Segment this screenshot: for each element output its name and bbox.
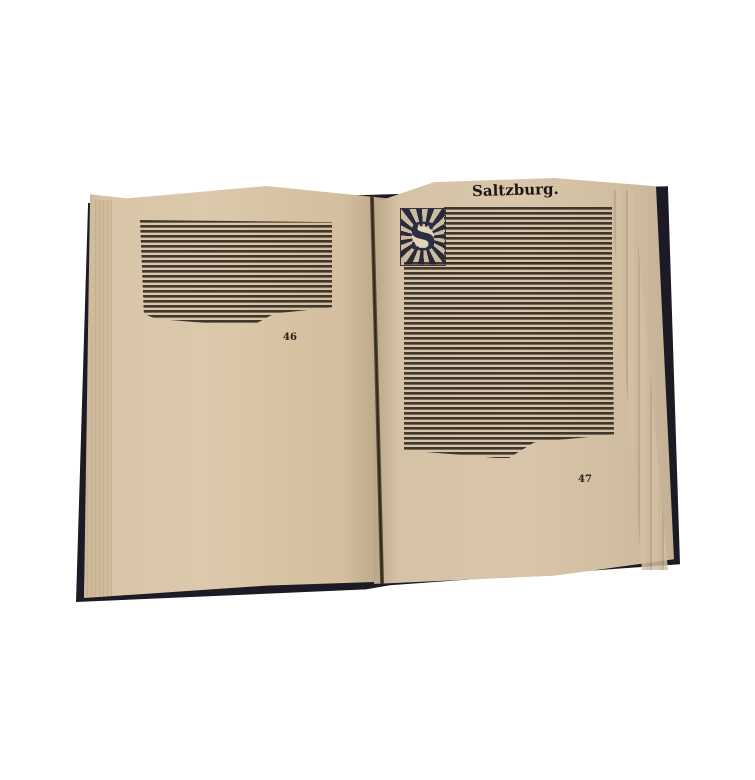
book-photo: 46 Saltzburg. S 47 (0, 0, 755, 780)
left-page-number: 46 (283, 332, 297, 343)
ornamented-initial-icon: S (400, 208, 446, 266)
right-text-block (404, 262, 614, 458)
left-text-block (140, 220, 332, 324)
chapter-heading: Saltzburg. (472, 180, 559, 200)
right-page-number: 47 (578, 474, 592, 485)
right-text-block-top (444, 207, 612, 263)
initial-letter: S (409, 218, 436, 256)
